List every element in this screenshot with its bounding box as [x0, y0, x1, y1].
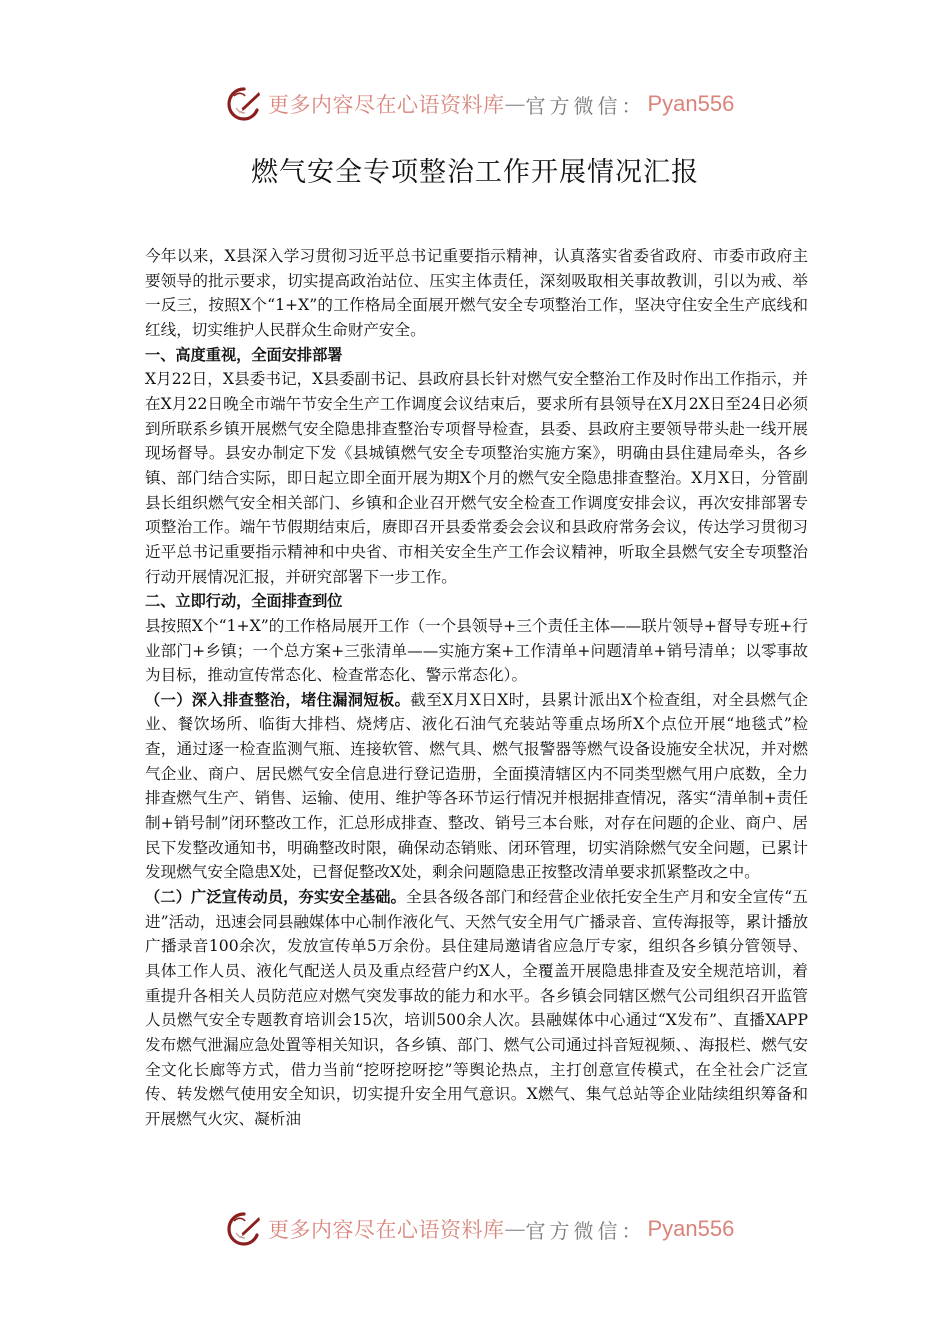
subsection-2-paragraph: （二）广泛宣传动员，夯实安全基础。全县各级各部门和经营企业依托安全生产月和安全宣…	[145, 885, 808, 1132]
watermark-banner-bottom: 更多内容尽在心语资料库 — 官方微信： Pyan556	[226, 1208, 734, 1250]
watermark-wechat-label: 官方微信：	[526, 1215, 646, 1244]
watermark-dash: —	[505, 92, 526, 116]
subsection-1-text: 截至X月X日X时，县累计派出X个检查组，对全县燃气企业、餐饮场所、临街大排档、烧…	[145, 691, 808, 882]
watermark-dash: —	[505, 1217, 526, 1241]
section-1-paragraph: X月22日，X县委书记，X县委副书记、县政府县长针对燃气安全整治工作及时作出工作…	[145, 367, 808, 589]
subsection-2-text: 全县各级各部门和经营企业依托安全生产月和安全宣传“五进”活动，迅速会同县融媒体中…	[145, 888, 808, 1128]
document-body: 今年以来，X县深入学习贯彻习近平总书记重要指示精神，认真落实省委省政府、市委市政…	[145, 244, 808, 1132]
quill-pen-logo-icon	[226, 86, 262, 122]
watermark-banner-top: 更多内容尽在心语资料库 — 官方微信： Pyan556	[226, 83, 734, 125]
section-2-paragraph: 县按照X个“1+X”的工作格局展开工作（一个县领导+三个责任主体——联片领导+督…	[145, 614, 808, 688]
watermark-wechat-id: Pyan556	[648, 1216, 735, 1242]
document-title: 燃气安全专项整治工作开展情况汇报	[0, 150, 950, 189]
subsection-1-paragraph: （一）深入排查整治，堵住漏洞短板。截至X月X日X时，县累计派出X个检查组，对全县…	[145, 688, 808, 885]
subsection-1-lead: （一）深入排查整治，堵住漏洞短板。	[145, 691, 410, 709]
watermark-wechat-id: Pyan556	[648, 91, 735, 117]
section-heading-2: 二、立即行动，全面排查到位	[145, 589, 808, 614]
watermark-text: 更多内容尽在心语资料库	[268, 89, 505, 119]
watermark-wechat-label: 官方微信：	[526, 90, 646, 119]
watermark-text: 更多内容尽在心语资料库	[268, 1214, 505, 1244]
intro-paragraph: 今年以来，X县深入学习贯彻习近平总书记重要指示精神，认真落实省委省政府、市委市政…	[145, 244, 808, 343]
quill-pen-logo-icon	[226, 1211, 262, 1247]
subsection-2-lead: （二）广泛宣传动员，夯实安全基础。	[145, 888, 406, 906]
section-heading-1: 一、高度重视，全面安排部署	[145, 343, 808, 368]
